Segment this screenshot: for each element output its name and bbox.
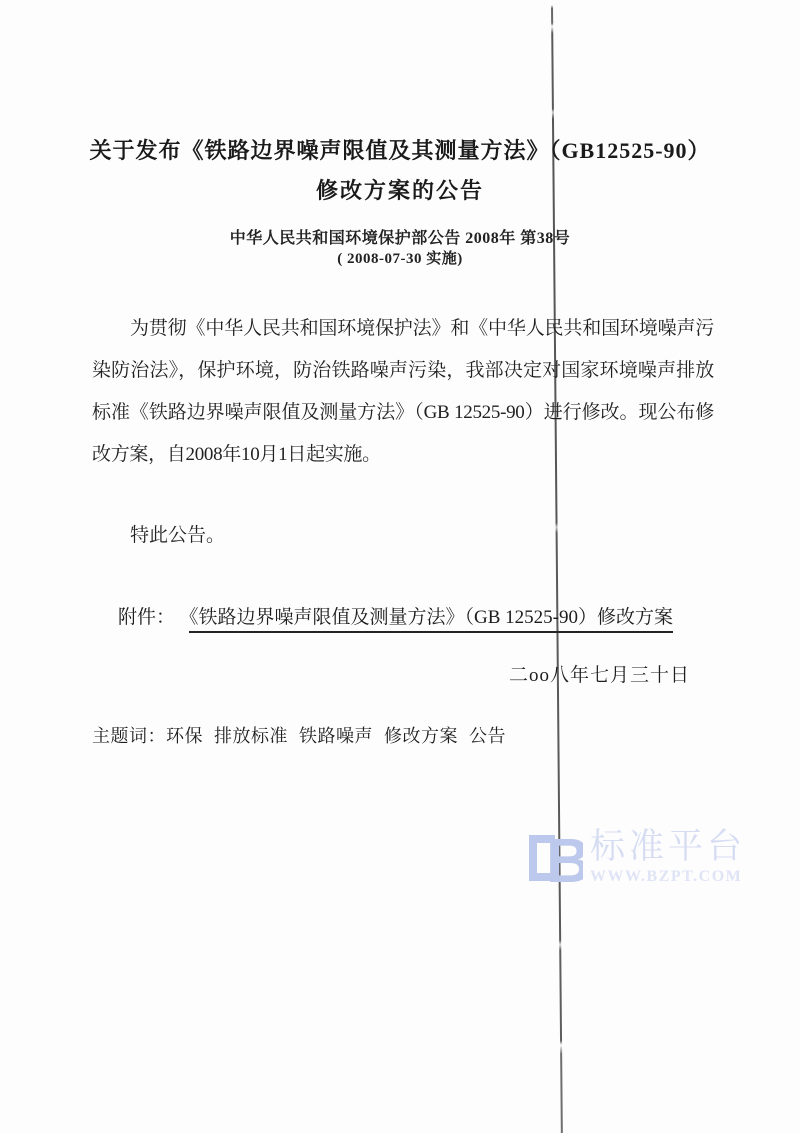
logo-bracket-side [529,835,537,881]
logo-bracket-bottom [529,873,555,881]
watermark-url: WWW.BZPT.COM [590,867,746,887]
attachment-title-underlined: 《铁路边界噪声限值及测量方法》（GB 12525-90）修改方案 [189,607,673,633]
subject-keywords: 主题词：环保 排放标准 铁路噪声 修改方案 公告 [92,722,732,748]
document-title-line1: 关于发布《铁路边界噪声限值及其测量方法》（GB12525-90） [0,134,800,165]
closing-statement: 特此公告。 [92,520,714,547]
implementation-date: ( 2008-07-30 实施) [0,247,800,268]
scanned-document-page: 关于发布《铁路边界噪声限值及其测量方法》（GB12525-90） 修改方案的公告… [0,0,800,1133]
logo-letter: B [546,829,583,887]
attachment-line: 附件：《铁路边界噪声限值及测量方法》（GB 12525-90）修改方案 [118,602,758,629]
logo-bracket-top [529,835,555,843]
attachment-label: 附件： [118,607,175,628]
body-paragraph: 为贯彻《中华人民共和国环境保护法》和《中华人民共和国环境噪声污染防治法》，保护环… [92,308,714,476]
signature-date: 二oo八年七月三十日 [509,660,690,687]
watermark-text-block: 标准平台 WWW.BZPT.COM [590,829,746,887]
bzpt-logo-icon: B [527,829,583,887]
document-title-line2: 修改方案的公告 [0,174,800,205]
watermark-name: 标准平台 [590,829,746,865]
issuer-announcement-number: 中华人民共和国环境保护部公告 2008年 第38号 [0,225,800,248]
